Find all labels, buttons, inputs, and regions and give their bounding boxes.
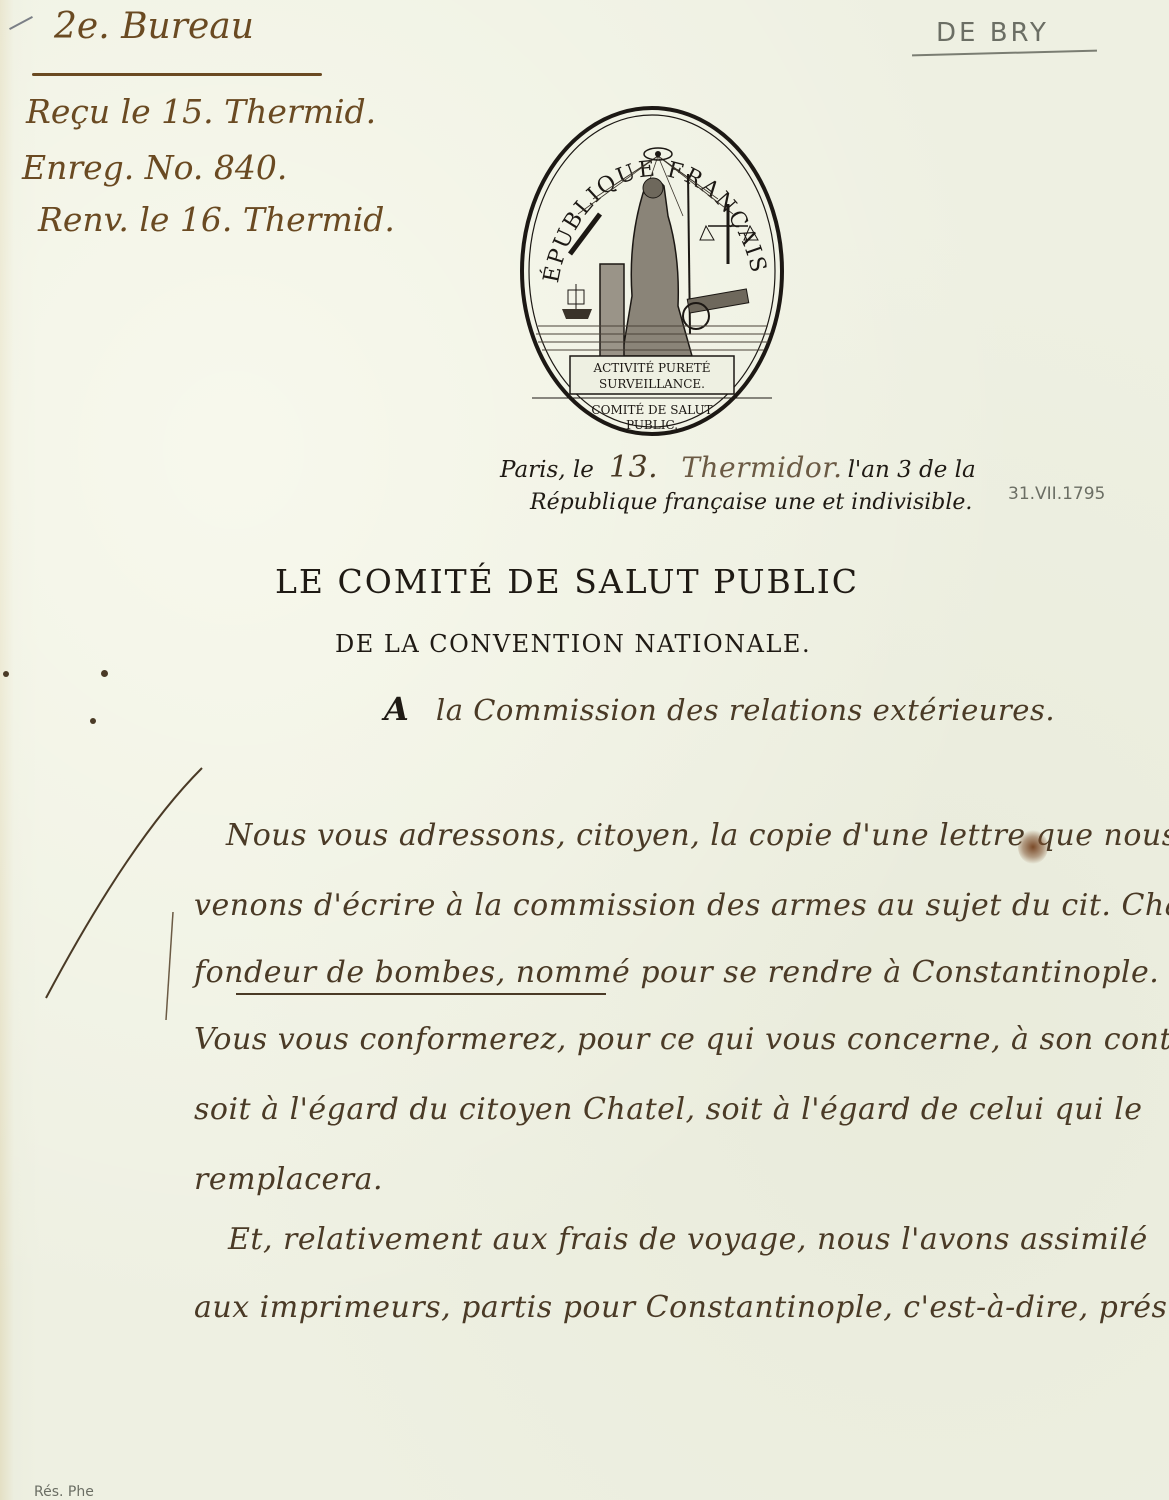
margin-bracket-icon — [40, 760, 220, 1020]
body-line: aux imprimeurs, partis pour Constantinop… — [194, 1290, 1169, 1325]
committee-seal: RÉPUBLIQUE FRANÇAISE. — [518, 104, 786, 438]
dateline-prefix: Paris, le — [500, 457, 594, 483]
registered-note: Enreg. No. 840. — [22, 148, 287, 187]
footer-pencil-note: Rés. Phe — [34, 1484, 94, 1500]
dateline-month: Thermidor. — [681, 451, 842, 484]
body-line: venons d'écrire à la commission des arme… — [194, 888, 1169, 923]
dateline: Paris, le 13. Thermidor. l'an 3 de la — [500, 450, 976, 485]
addressee-text: la Commission des relations extérieures. — [436, 693, 1055, 727]
svg-text:SURVEILLANCE.: SURVEILLANCE. — [599, 377, 705, 391]
archive-mark: DE BRY — [936, 18, 1049, 48]
dateline-suffix: l'an 3 de la — [848, 457, 976, 483]
dateline-republic: République française une et indivisible. — [530, 490, 972, 515]
margin-dot — [101, 670, 108, 677]
dateline-day: 13. — [609, 450, 658, 485]
margin-dot — [90, 718, 96, 724]
pencil-date: 31.VII.1795 — [1008, 484, 1105, 504]
addressee-prefix: A — [384, 690, 409, 728]
body-line: Vous vous conformerez, pour ce qui vous … — [194, 1022, 1169, 1057]
ink-stain — [1018, 830, 1048, 864]
margin-slash — [9, 16, 33, 30]
body-line: fondeur de bombes, nommé pour se rendre … — [194, 955, 1159, 990]
heading-committee: LE COMITÉ DE SALUT PUBLIC — [275, 562, 859, 601]
body-line: soit à l'égard du citoyen Chatel, soit à… — [194, 1092, 1143, 1127]
received-note: Reçu le 15. Thermid. — [26, 92, 376, 131]
body-line: remplacera. — [194, 1162, 383, 1197]
heading-convention: DE LA CONVENTION NATIONALE. — [335, 630, 811, 658]
underline-fondeur — [236, 993, 606, 995]
archive-underline — [912, 50, 1097, 57]
bureau-underline — [32, 73, 322, 76]
svg-text:ACTIVITÉ PURETÉ: ACTIVITÉ PURETÉ — [592, 360, 710, 375]
margin-dot — [3, 671, 9, 677]
svg-text:COMITÉ DE SALUT: COMITÉ DE SALUT — [591, 402, 712, 417]
body-line: Et, relativement aux frais de voyage, no… — [228, 1222, 1148, 1257]
bureau-note: 2e. Bureau — [54, 6, 254, 47]
seal-emblem-icon: RÉPUBLIQUE FRANÇAISE. — [518, 104, 786, 438]
svg-text:PUBLIC.: PUBLIC. — [626, 418, 678, 432]
addressee: A la Commission des relations extérieure… — [384, 690, 1055, 728]
returned-note: Renv. le 16. Thermid. — [38, 200, 395, 239]
